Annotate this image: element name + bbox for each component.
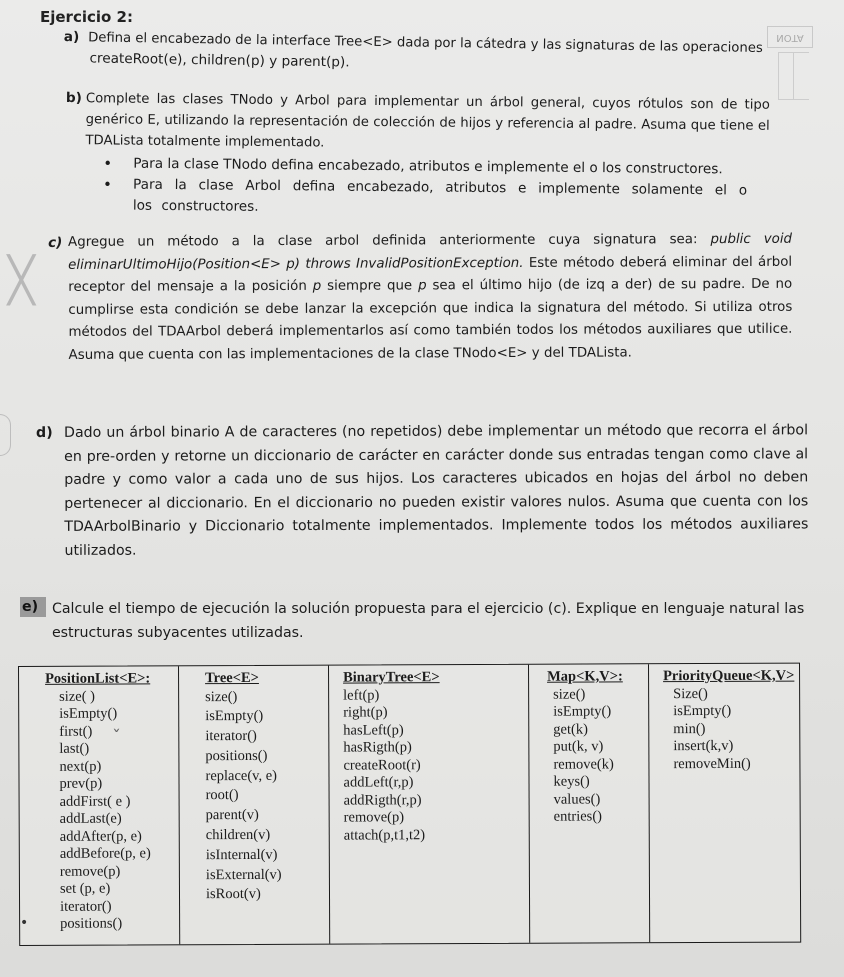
method-item: prev(p): [59, 775, 172, 793]
tda-reference-table: PositionList<E>: size( )isEmpty()first()…: [18, 663, 801, 946]
item-b-bullet-2: Para la clase Arbol defina encabezado, a…: [89, 174, 747, 222]
column-header: BinaryTree<E>: [343, 669, 522, 687]
item-c-var-p: p: [313, 279, 322, 294]
item-c: c) Agregue un método a la clase arbol de…: [48, 229, 799, 367]
method-item: put(k, v): [553, 738, 642, 756]
method-item: size(): [553, 686, 642, 704]
method-item: hasRigth(p): [343, 739, 522, 757]
method-list: Size()isEmpty()min()insert(k,v)removeMin…: [663, 685, 793, 773]
method-item: isInternal(v): [206, 846, 323, 866]
method-item: isEmpty(): [205, 707, 322, 727]
method-list: size()isEmpty()iterator()positions()repl…: [205, 687, 323, 905]
method-item: iterator(): [205, 727, 322, 747]
method-item: positions(): [60, 915, 173, 933]
column-position-list: PositionList<E>: size( )isEmpty()first()…: [19, 666, 180, 945]
method-item: addRigth(r,p): [344, 791, 523, 809]
method-item: Size(): [673, 685, 793, 703]
method-item: insert(k,v): [673, 738, 793, 756]
item-b-bullets: Para la clase TNodo defina encabezado, a…: [89, 153, 748, 222]
method-item: addLast(e): [60, 810, 173, 828]
pen-dot: •: [20, 915, 28, 931]
item-e-label: e): [20, 597, 46, 617]
item-b: b) Complete las clases TNodo y Arbol par…: [65, 88, 774, 223]
item-b-text: Complete las clases TNodo y Arbol para i…: [85, 88, 770, 158]
item-c-label: c): [48, 232, 69, 367]
method-item: get(k): [553, 721, 642, 739]
method-item: isEmpty(): [59, 705, 172, 723]
method-item: set (p, e): [60, 880, 173, 898]
method-item: size( ): [59, 688, 172, 706]
item-d-text: Dado un árbol binario A de caracteres (n…: [64, 419, 808, 563]
method-item: iterator(): [60, 898, 173, 916]
method-item: remove(k): [553, 756, 642, 774]
item-c-desc-2: siempre que: [321, 278, 418, 293]
method-item: addLeft(r,p): [343, 774, 522, 792]
item-c-text: Agregue un método a la clase arbol defin…: [68, 229, 793, 367]
method-item: root(): [206, 786, 323, 806]
method-item: addBefore(p, e): [60, 845, 173, 863]
method-list: size( )isEmpty()first()last()next(p)prev…: [45, 688, 173, 934]
column-map: Map<K,V>: size()isEmpty()get(k)put(k, v)…: [529, 664, 650, 943]
column-header: PriorityQueue<K,V>: [663, 668, 793, 686]
method-list: left(p)right(p)hasLeft(p)hasRigth(p)crea…: [343, 686, 523, 844]
method-item: isEmpty(): [553, 703, 642, 721]
method-item: hasLeft(p): [343, 721, 522, 739]
item-b-label: b): [65, 88, 86, 151]
method-item: children(v): [206, 826, 323, 846]
method-item: isEmpty(): [673, 703, 793, 721]
method-item: createRoot(r): [343, 756, 522, 774]
exam-page: Ejercicio 2: NOTA a) Defina el encabezad…: [0, 0, 844, 977]
method-item: right(p): [343, 704, 522, 722]
method-item: attach(p,t1,t2): [344, 826, 523, 844]
item-c-intro: Agregue un método a la clase arbol defin…: [68, 232, 710, 250]
exercise-title: Ejercicio 2:: [40, 8, 133, 26]
method-item: remove(p): [60, 863, 173, 881]
item-d-label: d): [36, 422, 64, 563]
column-binary-tree: BinaryTree<E> left(p)right(p)hasLeft(p)h…: [329, 665, 530, 944]
method-item: next(p): [59, 758, 172, 776]
item-a: a) Defina el encabezado de la interface …: [63, 27, 804, 81]
method-item: left(p): [343, 686, 522, 704]
method-item: values(): [554, 791, 643, 809]
pen-mark-bracket: [0, 414, 11, 456]
item-e: e) Calcule el tiempo de ejecución la sol…: [20, 597, 810, 645]
column-priority-queue: PriorityQueue<K,V> Size()isEmpty()min()i…: [649, 664, 800, 943]
method-list: size()isEmpty()get(k)put(k, v)remove(k)k…: [547, 686, 643, 826]
method-item: size(): [205, 687, 322, 707]
method-item: positions(): [205, 747, 322, 767]
method-item: isRoot(v): [206, 885, 323, 905]
method-item: replace(v, e): [205, 766, 322, 786]
item-e-text: Calcule el tiempo de ejecución la soluci…: [52, 597, 810, 645]
item-a-label: a): [64, 27, 84, 48]
method-item: addFirst( e ): [60, 793, 173, 811]
method-item: min(): [673, 720, 793, 738]
column-header: PositionList<E>:: [45, 670, 172, 688]
column-header: Map<K,V>:: [547, 668, 642, 686]
column-header: Tree<E>: [205, 670, 322, 688]
method-item: isExternal(v): [206, 865, 323, 885]
method-item: remove(p): [344, 809, 523, 827]
column-tree: Tree<E> size()isEmpty()iterator()positio…: [179, 666, 330, 945]
pen-mark-x: ╳: [8, 255, 35, 306]
method-item: parent(v): [206, 806, 323, 826]
method-item: addAfter(p, e): [60, 828, 173, 846]
pen-mark-bracket: ˇ: [112, 727, 121, 748]
item-d: d) Dado un árbol binario A de caracteres…: [36, 419, 808, 563]
method-item: keys(): [553, 773, 642, 791]
method-item: removeMin(): [673, 755, 793, 773]
method-item: entries(): [554, 808, 643, 826]
